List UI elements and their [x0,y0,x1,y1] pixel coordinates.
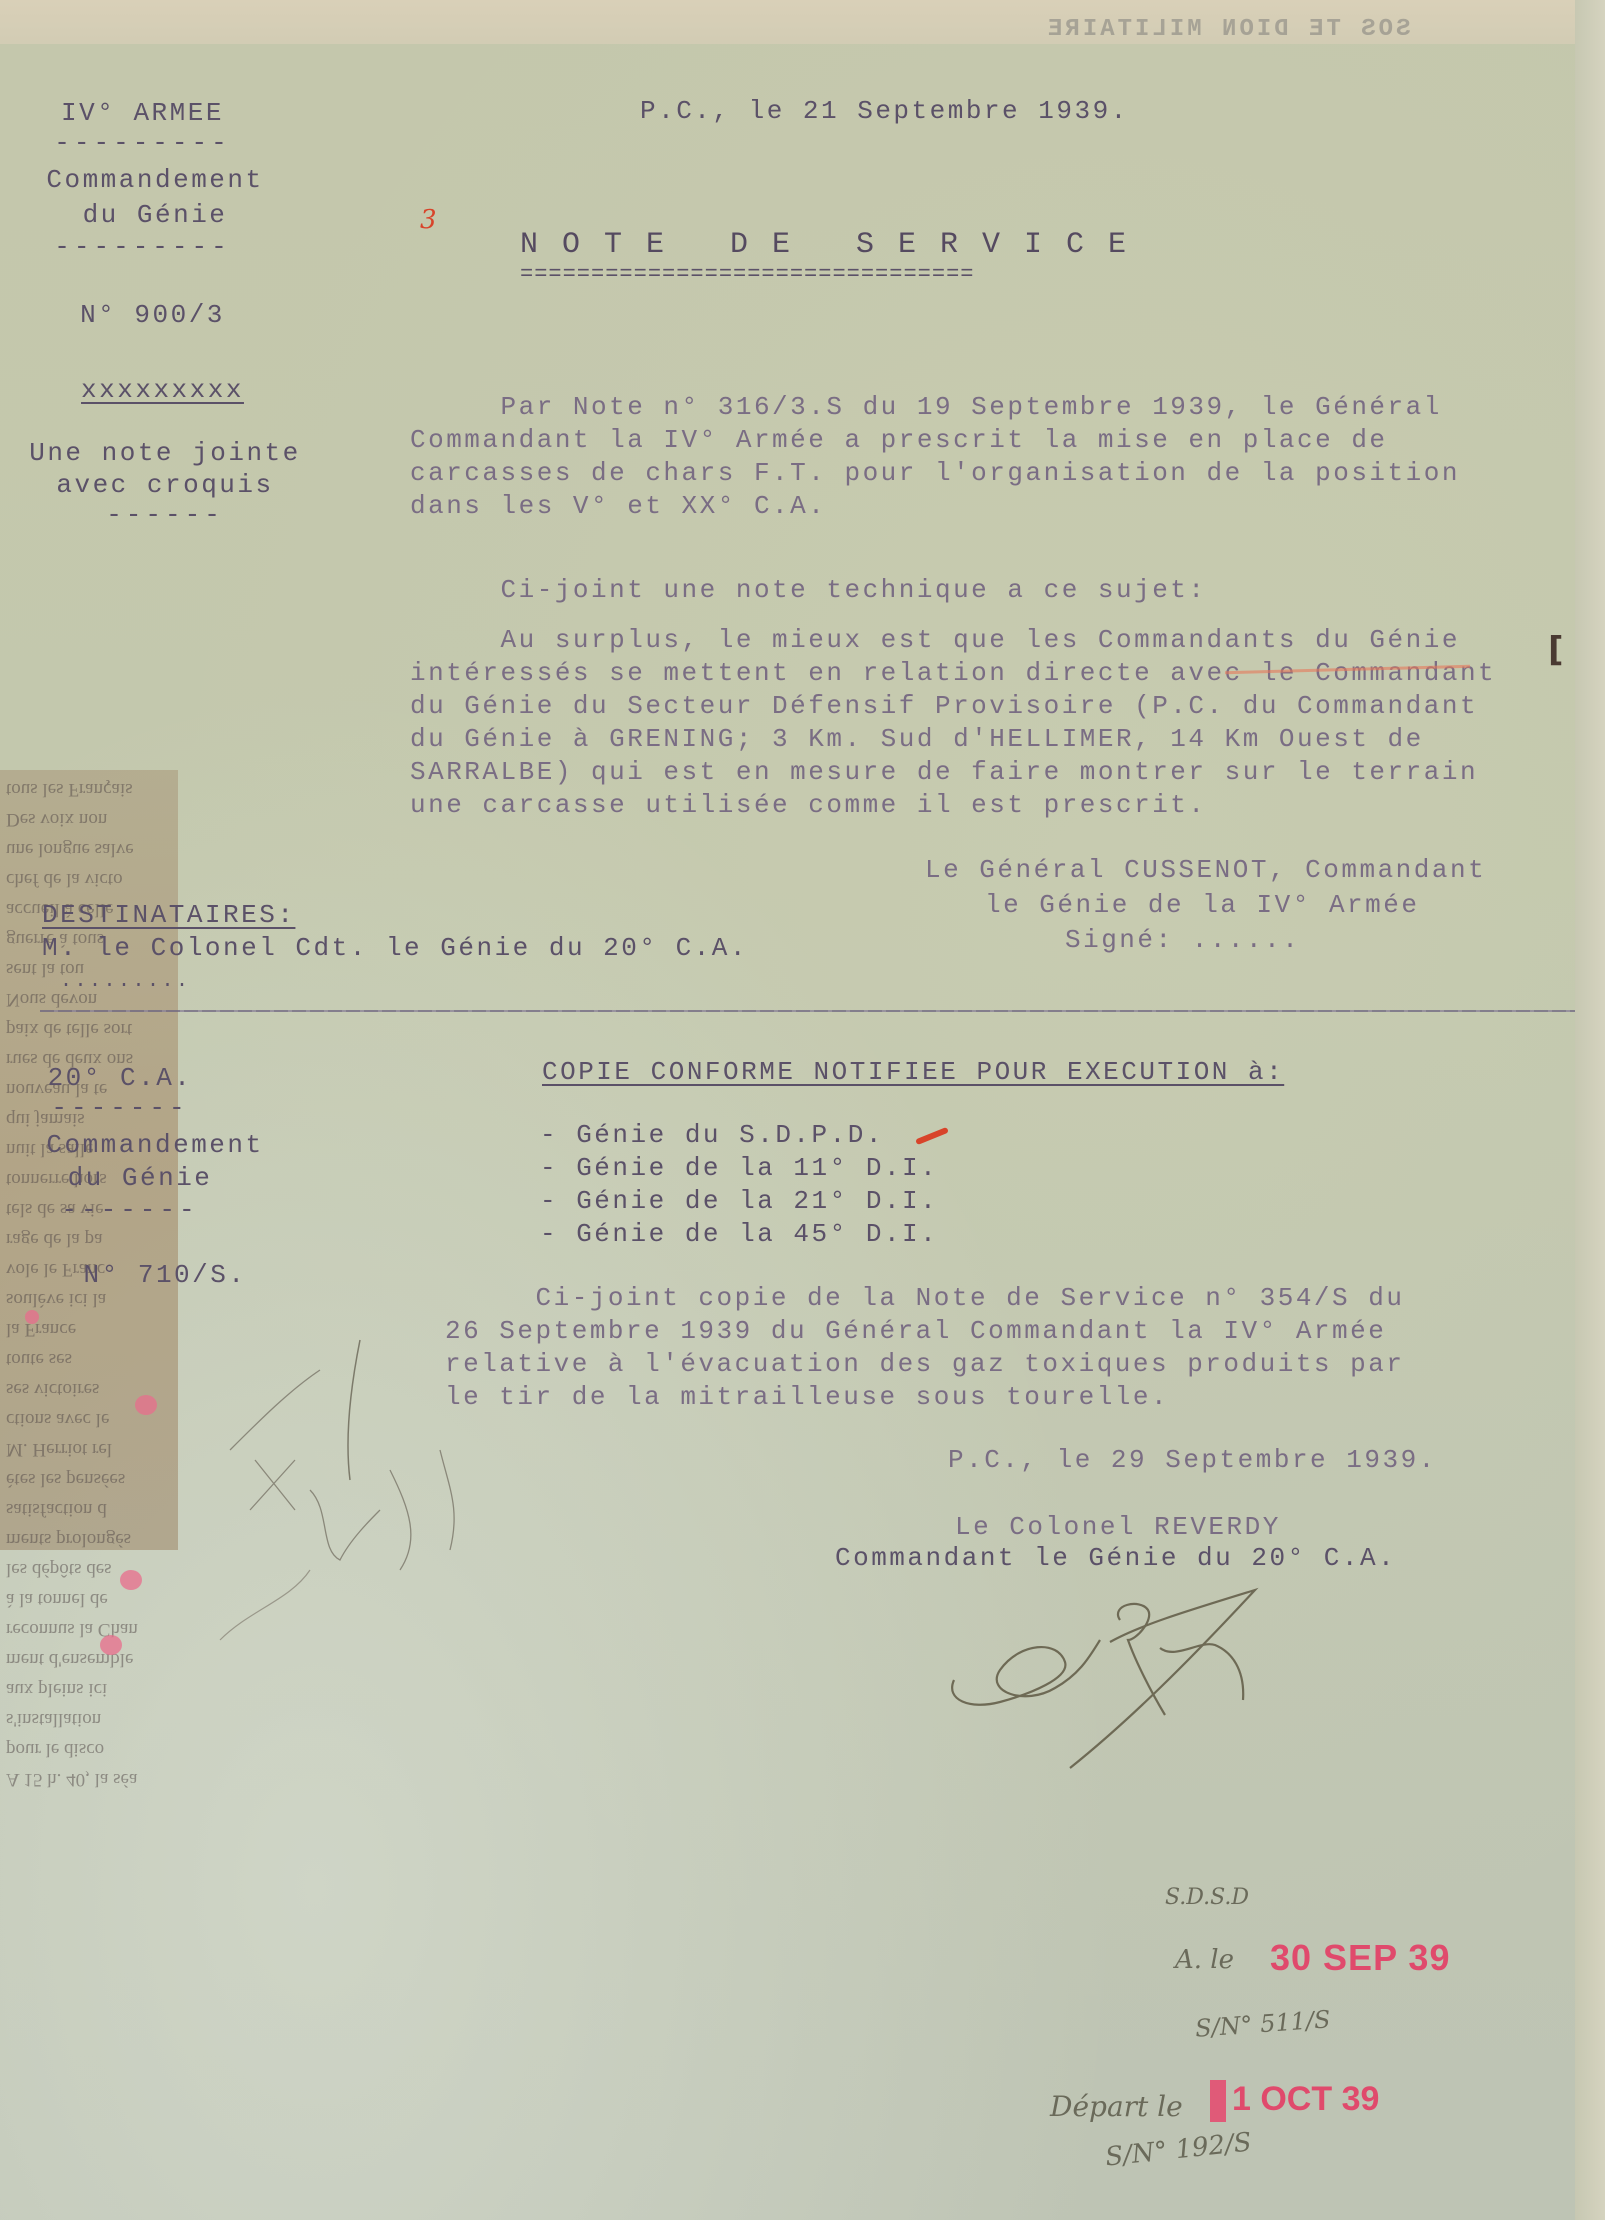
newsclip-line: aux pleins ici [6,1670,172,1700]
document-sheet [0,0,1575,2220]
body-line: Ci-joint copie de la Note de Service n° … [445,1283,1404,1313]
handwritten-signature [940,1570,1280,1770]
command-line-2-b: du Génie [20,1163,260,1193]
red-margin-mark: 3 [420,205,437,235]
pink-stain [120,1570,142,1590]
signatory-line-1: Le Général CUSSENOT, Commandant [925,855,1486,885]
newsclip-line: A 15 h. 40, la séa [6,1760,172,1790]
command-line-2: du Génie [30,200,280,230]
newsclip-line: tous les Français [6,770,172,800]
command-line-1-b: Commandement [25,1130,285,1160]
unit-label-2: 20° C.A. [30,1063,210,1093]
newsclip-line: s'installation [6,1700,172,1730]
arrival-date-stamp: 30 SEP 39 [1270,1937,1450,1979]
body-line: dans les V° et XX° C.A. [410,491,826,521]
newsclip-line: ètes les pensées [6,1460,172,1490]
bleed-through-text: SOS TE DION MILITAIRE [1045,16,1410,43]
signatory-2-line-2: Commandant le Génie du 20° C.A. [835,1543,1396,1573]
separator: --------- [30,232,255,262]
edit-bracket-mark: [ [1548,630,1564,670]
body-line: le tir de la mitrailleuse sous tourelle. [445,1382,1169,1412]
signatory-2-line-1: Le Colonel REVERDY [955,1512,1281,1542]
pink-stain [100,1635,122,1655]
newsclip-line: paix de telle sort [6,1010,172,1040]
enclosure-line-1: Une note jointe [20,438,310,468]
body-line: une carcasse utilisée comme il est presc… [410,790,1207,820]
reference-number-2: N° 710/S. [50,1260,280,1290]
stamp-bracket [1210,2080,1226,2122]
handwritten-sdsd: S.D.S.D [1165,1885,1249,1910]
body-line: du Génie du Secteur Défensif Provisoire … [410,691,1478,721]
newsclip-line: les dépôts des [6,1550,172,1580]
separator: ------- [30,1093,210,1123]
signatory-line-3: Signé: ...... [1065,925,1300,955]
copy-heading: COPIE CONFORME NOTIFIEE POUR EXECUTION à… [542,1057,1284,1087]
newsclip-line: satisfaction d [6,1490,172,1520]
document-title: NOTE DE SERVICE [520,228,1150,262]
handwritten-departure-label: Départ le [1050,2090,1183,2123]
newspaper-clipping: tous les FrançaisDes voix nonune longue … [0,770,178,1550]
handwritten-arrival-label: A. le [1175,1945,1234,1975]
command-line-1: Commandement [30,165,280,195]
body-paragraph-2: Ci-joint une note technique a ce sujet: [410,575,1207,605]
newsclip-line: Des voix non [6,800,172,830]
body-line: Par Note n° 316/3.S du 19 Septembre 1939… [410,392,1442,422]
right-paper-edge [1575,0,1605,2220]
newsclip-line: reconnus la Chan [6,1610,172,1640]
newsclip-line: une longue salve [6,830,172,860]
horizontal-rule [40,1010,1575,1012]
title-rule: ================================ [520,262,974,287]
pencil-marginalia [200,1310,530,1710]
copy-list-item: - Génie du S.D.P.D. [540,1120,884,1150]
newsclip-line: chef de la victo [6,860,172,890]
recipients-heading: DESTINATAIRES: [42,900,295,930]
place-date: P.C., le 21 Septembre 1939. [640,96,1129,126]
place-date-2: P.C., le 29 Septembre 1939. [948,1445,1437,1475]
copy-list-item: - Génie de la 21° D.I. [540,1186,938,1216]
body-line: Au surplus, le mieux est que les Command… [410,625,1460,655]
body-line: carcasses de chars F.T. pour l'organisat… [410,458,1460,488]
separator: ------- [30,1195,230,1225]
copy-list-item: - Génie de la 45° D.I. [540,1219,938,1249]
reference-number: N° 900/3 [40,300,265,330]
pink-stain [25,1310,39,1324]
separator: --------- [30,128,255,158]
struck-out-text: xxxxxxxxx [50,375,275,405]
enclosure-line-2: avec croquis [20,470,310,500]
newsclip-line: toute ses [6,1340,172,1370]
recipient-line-2: ......... [60,970,191,993]
newsclip-line: ments prolongés [6,1520,172,1550]
body-line: relative à l'évacuation des gaz toxiques… [445,1349,1404,1379]
unit-label: IV° ARMEE [30,98,255,128]
separator: ------ [20,500,310,530]
body-line: Commandant la IV° Armée a prescrit la mi… [410,425,1388,455]
departure-date-stamp: 1 OCT 39 [1232,2080,1379,2119]
pink-stain [135,1395,157,1415]
copy-list-item: - Génie de la 11° D.I. [540,1153,938,1183]
newsclip-line: ment d'ensemble [6,1640,172,1670]
recipient-line-1: M. le Colonel Cdt. le Génie du 20° C.A. [42,933,748,963]
signatory-line-2: le Génie de la IV° Armée [985,890,1419,920]
newsclip-line: à la tonnel de [6,1580,172,1610]
body-line: du Génie à GRENING; 3 Km. Sud d'HELLIMER… [410,724,1424,754]
body-line: SARRALBE) qui est en mesure de faire mon… [410,757,1478,787]
newsclip-line: M. Herriot rel [6,1430,172,1460]
body-line: 26 Septembre 1939 du Général Commandant … [445,1316,1386,1346]
newsclip-line: pour le disco [6,1730,172,1760]
body-line: intéressés se mettent en relation direct… [410,658,1496,688]
